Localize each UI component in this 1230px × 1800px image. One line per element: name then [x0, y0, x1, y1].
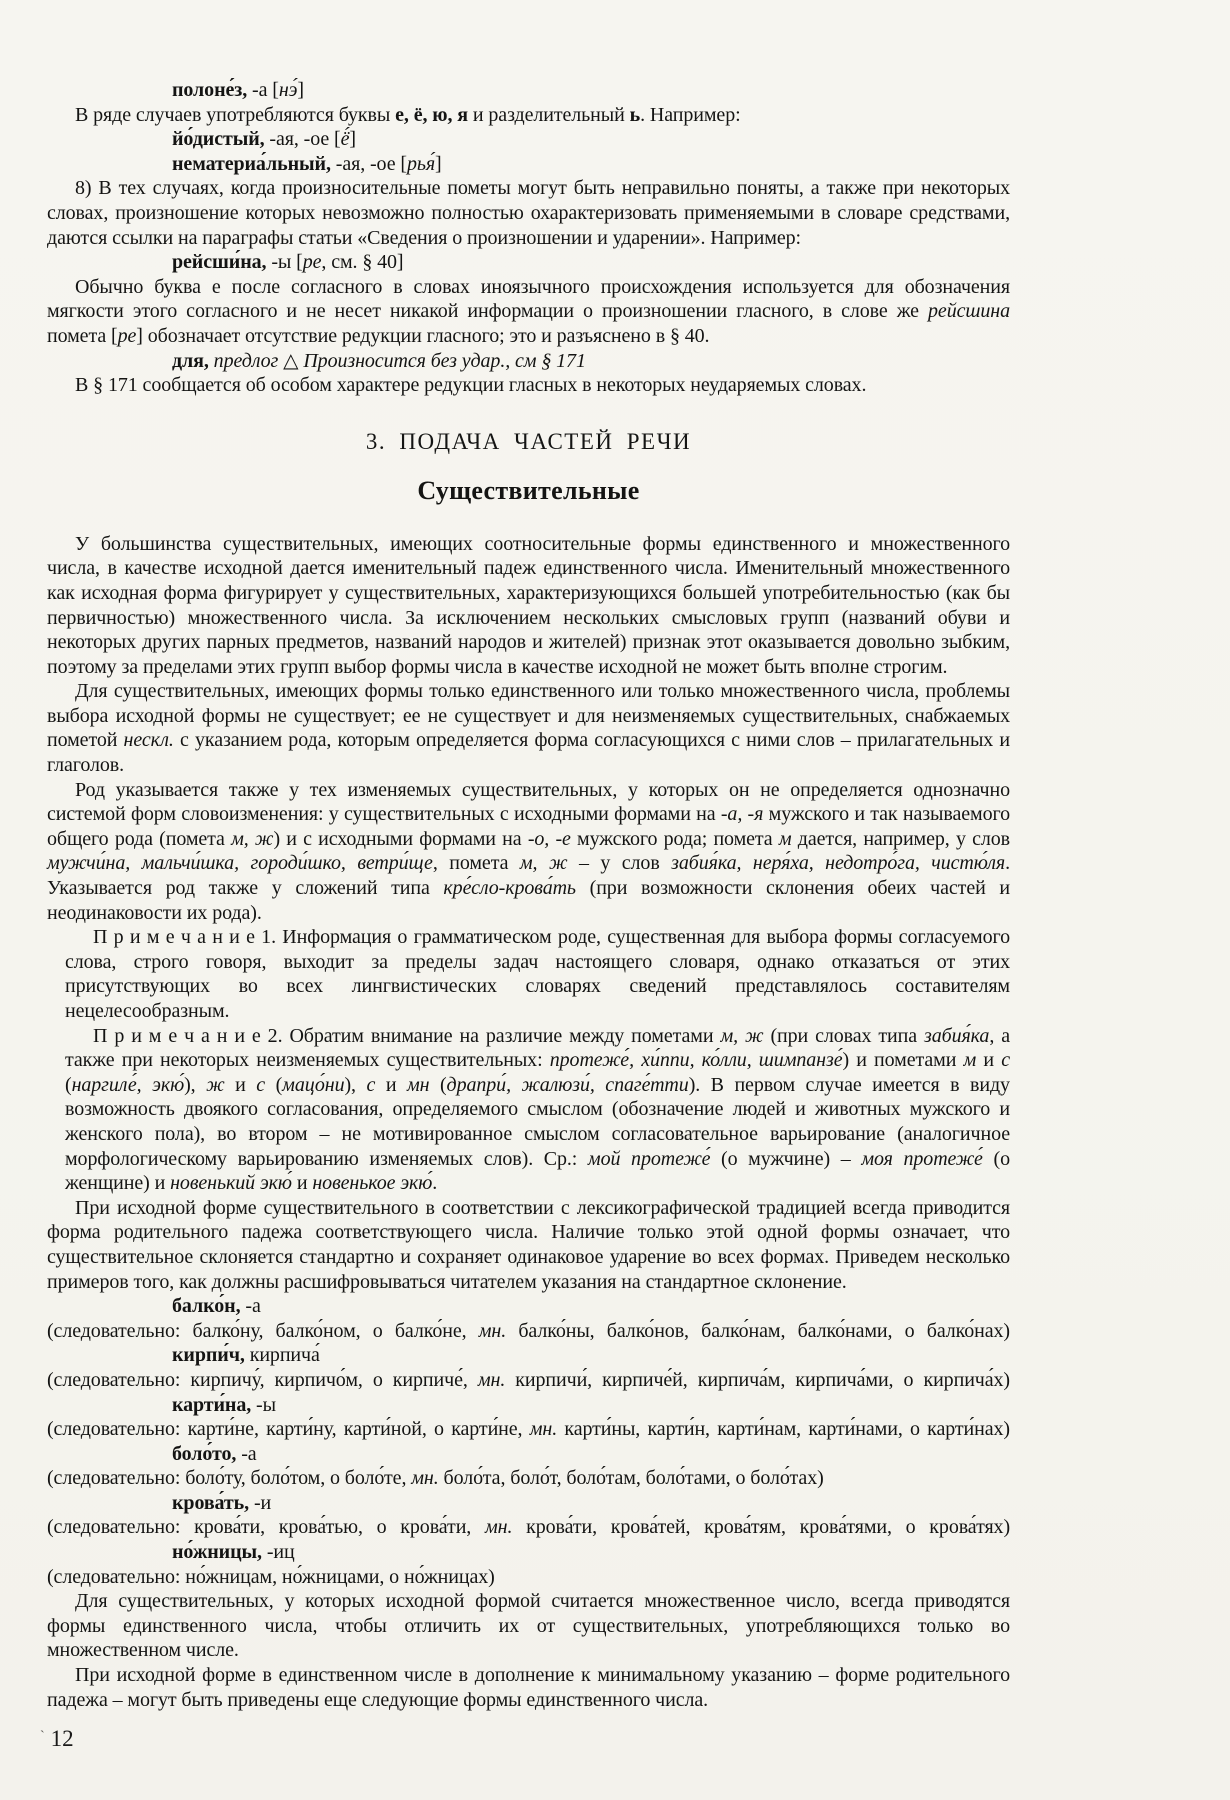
text-segment: ре [118, 325, 137, 347]
text-segment: -ы [251, 1394, 276, 1416]
text-segment: с [367, 1074, 376, 1096]
entry-balkon: балко́н, -а [47, 1294, 1010, 1319]
entry-nozhnitsy: но́жницы, -иц [47, 1540, 1010, 1565]
entry-krovat: крова́ть, -и [47, 1491, 1010, 1516]
text-segment: карти́на, [172, 1394, 251, 1416]
expansion-kirpich: (следовательно: кирпичу́, кирпичо́м, о к… [47, 1368, 1010, 1393]
text-segment: Произносится без удар., см § 171 [303, 350, 586, 372]
text-segment: Для существительных, у которых исходной … [47, 1590, 1010, 1661]
text-segment: 8) В тех случаях, когда произносительные… [47, 177, 1010, 248]
text-segment: мн. [411, 1467, 438, 1489]
text-segment: (следовательно: но́жницам, но́жницами, о… [47, 1566, 495, 1588]
text-segment: (следовательно: крова́ти, крова́тью, о к… [47, 1516, 485, 1538]
pronunciation-notes-section: полоне́з, -а [нэ́]В ряде случаев употреб… [47, 78, 1010, 398]
text-segment: -о, -е [528, 828, 571, 850]
text-segment: (при словах типа [763, 1025, 924, 1047]
text-segment: -а [240, 1295, 260, 1317]
text-segment: рья́ [407, 153, 435, 175]
text-segment: с указанием рода, которым определяется ф… [47, 729, 1010, 776]
text-segment: ) и с исходными формами на [273, 828, 527, 850]
text-segment: рейсши́на, [172, 251, 266, 273]
text-segment: и [375, 1074, 407, 1096]
text-segment: м [964, 1049, 977, 1071]
expansion-nozhnitsy: (следовательно: но́жницам, но́жницами, о… [47, 1565, 1010, 1590]
para-genitive-form: При исходной форме существительного в со… [47, 1196, 1010, 1294]
text-segment: и разделительный [468, 104, 630, 126]
note-1: П р и м е ч а н и е 1. Информация о грам… [47, 925, 1010, 1023]
entry-polonez: полоне́з, -а [нэ́] [47, 78, 1010, 103]
text-segment: -а [ [247, 79, 279, 101]
text-segment: карти́ны, карти́н, карти́нам, карти́нами… [557, 1418, 1010, 1440]
text-segment: м [779, 828, 792, 850]
text-segment: -ая, -ое [ [265, 128, 341, 150]
para-bukva-e: Обычно буква е после согласного в словах… [47, 275, 1010, 349]
text-segment: ( [265, 1074, 282, 1096]
text-segment: м, ж [231, 828, 273, 850]
text-segment: мн. [478, 1369, 505, 1391]
para-rod: Род указывается также у тех изменяемых с… [47, 778, 1010, 926]
text-segment: (следовательно: балко́ну, балко́ном, о б… [47, 1320, 479, 1342]
text-segment: ] [435, 153, 442, 175]
text-segment: При исходной форме в единственном числе … [47, 1664, 1010, 1711]
text-segment: кирпичи́, кирпиче́й, кирпича́м, кирпича́… [505, 1369, 1010, 1391]
text-segment: (о мужчине) – [710, 1148, 861, 1170]
text-segment: △ [278, 350, 303, 372]
text-segment: и [225, 1074, 257, 1096]
page-content: полоне́з, -а [нэ́]В ряде случаев употреб… [47, 78, 1010, 1712]
text-segment: для, [172, 350, 209, 372]
text-segment: новенькое экю́ [312, 1172, 432, 1194]
entry-dlya: для, предлог △ Произносится без удар., с… [47, 349, 1010, 374]
para-plural-initial-form: Для существительных, у которых исходной … [47, 1589, 1010, 1663]
entry-reysshina: рейсши́на, -ы [ре, см. § 40] [47, 250, 1010, 275]
text-segment: (следовательно: карти́не, карти́ну, карт… [47, 1418, 530, 1440]
text-segment: , см. § 40] [321, 251, 403, 273]
text-segment: дается, например, у слов [792, 828, 1011, 850]
text-segment: ] обозначает отсутствие редукции гласног… [136, 325, 709, 347]
note-2: П р и м е ч а н и е 2. Обратим внимание … [47, 1024, 1010, 1196]
text-segment: балко́ны, балко́нов, балко́нам, балко́на… [506, 1320, 1010, 1342]
text-segment: ) и пометами [842, 1049, 963, 1071]
para-171: В § 171 сообщается об особом характере р… [47, 373, 1010, 398]
text-segment: ь [630, 104, 640, 126]
entry-kartina: карти́на, -ы [47, 1393, 1010, 1418]
text-segment: ] [297, 79, 304, 101]
text-segment: моя протеже́ [861, 1148, 983, 1170]
page-number: 12 [40, 1726, 74, 1752]
expansion-krovat: (следовательно: крова́ти, крова́тью, о к… [47, 1515, 1010, 1540]
subsection-heading: Существительные [47, 476, 1010, 506]
text-segment: ( [429, 1074, 446, 1096]
text-segment: нематериа́льный, [172, 153, 331, 175]
text-segment: полоне́з, [172, 79, 247, 101]
text-segment: мужского рода; помета [571, 828, 779, 850]
text-segment: В ряде случаев употребляются буквы [75, 104, 395, 126]
expansion-boloto: (следовательно: боло́ту, боло́том, о бол… [47, 1466, 1010, 1491]
para-additional-singular-forms: При исходной форме в единственном числе … [47, 1663, 1010, 1712]
text-segment: нэ́ [279, 79, 298, 101]
text-segment: П р и м е ч а н и е 1. Информация о грам… [65, 926, 1010, 1022]
para-punkt-8: 8) В тех случаях, когда произносительные… [47, 176, 1010, 250]
text-segment: ре [303, 251, 322, 273]
text-segment: крова́ти, крова́тей, крова́тям, крова́тя… [512, 1516, 1010, 1538]
text-segment: йо́дистый, [172, 128, 265, 150]
text-segment: -ы [ [266, 251, 302, 273]
text-segment: мужчи́на, мальчи́шка, городи́шко, ветри́… [47, 852, 433, 874]
text-segment: помета [ [47, 325, 118, 347]
text-segment: мн. [479, 1320, 506, 1342]
text-segment: . Например: [640, 104, 740, 126]
nouns-section: У большинства существительных, имеющих с… [47, 532, 1010, 1713]
text-segment: боло́та, боло́т, боло́там, боло́тами, о … [439, 1467, 824, 1489]
para-singular-plural-only: Для существительных, имеющих формы тольк… [47, 679, 1010, 777]
text-segment: с [1001, 1049, 1010, 1071]
text-segment: наргиле́, экю́ [72, 1074, 185, 1096]
text-segment: с [256, 1074, 265, 1096]
text-segment: У большинства существительных, имеющих с… [47, 533, 1010, 678]
text-segment: и [292, 1172, 312, 1194]
entry-yodistyy: йо́дистый, -ая, -ое [ё́] [47, 127, 1010, 152]
text-segment: забия́ка [924, 1025, 989, 1047]
text-segment: мн. [530, 1418, 557, 1440]
text-segment: Обычно буква е после согласного в словах… [47, 276, 1010, 323]
text-segment: е, ё, ю, я [395, 104, 468, 126]
text-segment: и [976, 1049, 1001, 1071]
text-segment: драпри́, жалюзи́, спаге́тти [447, 1074, 689, 1096]
text-segment: В § 171 сообщается об особом характере р… [75, 374, 866, 396]
text-segment: рейсшина [928, 300, 1010, 322]
text-segment: нескл. [124, 729, 174, 751]
text-segment: (следовательно: боло́ту, боло́том, о бол… [47, 1467, 411, 1489]
text-segment: ), [184, 1074, 206, 1096]
text-segment: кре́сло-крова́ть [443, 877, 576, 899]
text-segment: кирпи́ч, [172, 1344, 245, 1366]
text-segment: П р и м е ч а н и е 2. Обратим внимание … [93, 1025, 720, 1047]
text-segment: балко́н, [172, 1295, 240, 1317]
text-segment: , помета [433, 852, 520, 874]
text-segment: предлог [214, 350, 279, 372]
text-segment: мацо́ни [282, 1074, 344, 1096]
text-segment: -а, -я [721, 803, 763, 825]
text-segment: ] [349, 128, 356, 150]
expansion-balkon: (следовательно: балко́ну, балко́ном, о б… [47, 1319, 1010, 1344]
section-heading: 3. ПОДАЧА ЧАСТЕЙ РЕЧИ [47, 428, 1010, 456]
text-segment: боло́то, [172, 1443, 236, 1465]
text-segment: мой протеже́ [588, 1148, 710, 1170]
text-segment: забия́ка, неря́ха, недотро́га, чистю́ля [671, 852, 1005, 874]
expansion-kartina: (следовательно: карти́не, карти́ну, карт… [47, 1417, 1010, 1442]
entry-boloto: боло́то, -а [47, 1442, 1010, 1467]
scanned-dictionary-page: полоне́з, -а [нэ́]В ряде случаев употреб… [0, 0, 1230, 1800]
text-segment: м, ж [720, 1025, 763, 1047]
entry-nematerialnyy: нематериа́льный, -ая, -ое [рья́] [47, 152, 1010, 177]
text-segment: При исходной форме существительного в со… [47, 1197, 1010, 1293]
text-segment: – у слов [567, 852, 671, 874]
text-segment: мн. [485, 1516, 512, 1538]
text-segment: -ая, -ое [ [331, 153, 407, 175]
text-segment: новенький экю́ [170, 1172, 292, 1194]
text-segment: (следовательно: кирпичу́, кирпичо́м, о к… [47, 1369, 478, 1391]
entry-kirpich: кирпи́ч, кирпича́ [47, 1343, 1010, 1368]
text-segment: кирпича́ [245, 1344, 320, 1366]
text-segment: -и [249, 1492, 271, 1514]
text-segment: протеже́, хи́ппи, ко́лли, шимпанзе́ [550, 1049, 843, 1071]
text-segment: но́жницы, [172, 1541, 262, 1563]
para-nouns-intro: У большинства существительных, имеющих с… [47, 532, 1010, 680]
text-segment: крова́ть, [172, 1492, 249, 1514]
para-divider-letters: В ряде случаев употребляются буквы е, ё,… [47, 103, 1010, 128]
text-segment: м, ж [520, 852, 568, 874]
text-segment: ), [345, 1074, 367, 1096]
text-segment: -иц [262, 1541, 295, 1563]
text-segment: . [432, 1172, 437, 1194]
text-segment: мн [407, 1074, 430, 1096]
text-segment: -а [236, 1443, 256, 1465]
text-segment: ж [206, 1074, 225, 1096]
